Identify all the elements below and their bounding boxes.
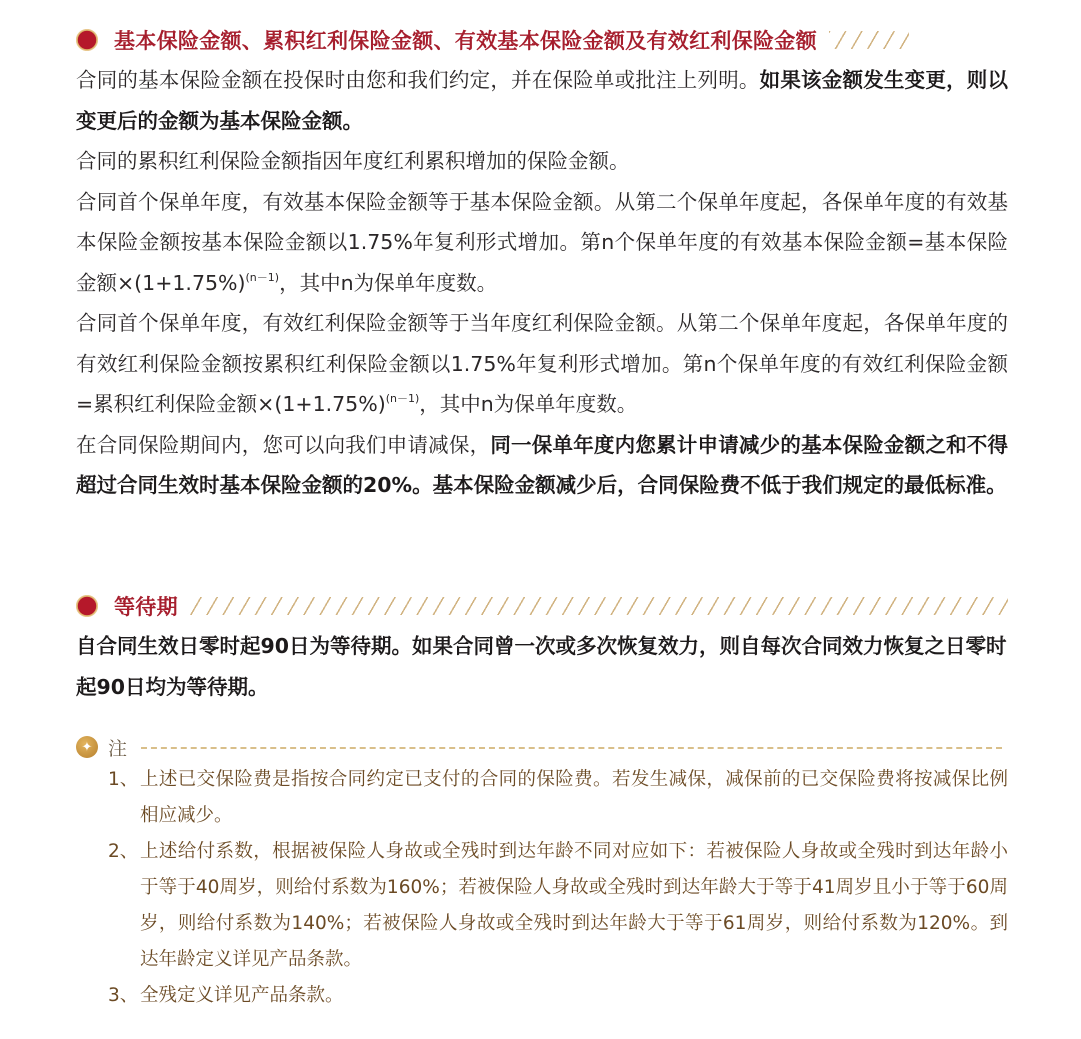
notes-list: 1、 上述已交保险费是指按合同约定已支付的合同的保险费。若发生减保，减保前的已交… xyxy=(76,762,1008,1014)
hatch-decoration xyxy=(829,31,909,49)
red-bullet-icon xyxy=(76,595,98,617)
notes-title: 注 xyxy=(108,734,127,761)
exponent: (n－1) xyxy=(386,392,420,405)
note-item: 2、 上述给付系数，根据被保险人身故或全残时到达年龄不同对应如下：若被保险人身故… xyxy=(76,834,1008,978)
notes-section: ✦ 注 1、 上述已交保险费是指按合同约定已支付的合同的保险费。若发生减保，减保… xyxy=(76,732,1008,1014)
note-text: 上述给付系数，根据被保险人身故或全残时到达年龄不同对应如下：若被保险人身故或全残… xyxy=(140,834,1008,978)
paragraph-text: 在合同保险期间内，您可以向我们申请减保， xyxy=(76,433,490,457)
notes-header: ✦ 注 xyxy=(76,732,1008,762)
paragraph-effective-basic-amount: 合同首个保单年度，有效基本保险金额等于基本保险金额。从第二个保单年度起，各保单年… xyxy=(76,182,1008,304)
paragraph-tail: ，其中n为保单年度数。 xyxy=(279,271,497,295)
paragraph-text: 合同的基本保险金额在投保时由您和我们约定，并在保险单或批注上列明。 xyxy=(76,68,760,92)
paragraph-basic-amount: 合同的基本保险金额在投保时由您和我们约定，并在保险单或批注上列明。如果该金额发生… xyxy=(76,60,1008,141)
paragraph-tail: ，其中n为保单年度数。 xyxy=(419,392,637,416)
section-header: 等待期 xyxy=(76,586,1008,626)
note-number: 3、 xyxy=(108,978,140,1014)
exponent: (n－1) xyxy=(246,271,280,284)
paragraph-effective-bonus-amount: 合同首个保单年度，有效红利保险金额等于当年度红利保险金额。从第二个保单年度起，各… xyxy=(76,303,1008,425)
sparkle-icon: ✦ xyxy=(76,736,98,758)
paragraph-accumulated-bonus: 合同的累积红利保险金额指因年度红利累积增加的保险金额。 xyxy=(76,141,1008,182)
red-bullet-icon xyxy=(76,29,98,51)
note-item: 1、 上述已交保险费是指按合同约定已支付的合同的保险费。若发生减保，减保前的已交… xyxy=(76,762,1008,834)
section-amounts: 基本保险金额、累积红利保险金额、有效基本保险金额及有效红利保险金额 合同的基本保… xyxy=(76,20,1008,506)
dotted-divider xyxy=(141,747,1002,749)
hatch-decoration xyxy=(190,597,1008,615)
paragraph-text: 合同的累积红利保险金额指因年度红利累积增加的保险金额。 xyxy=(76,149,630,173)
note-text: 全残定义详见产品条款。 xyxy=(140,978,1008,1014)
section-title: 基本保险金额、累积红利保险金额、有效基本保险金额及有效红利保险金额 xyxy=(114,25,817,55)
section-waiting-period: 等待期 自合同生效日零时起90日为等待期。如果合同曾一次或多次恢复效力，则自每次… xyxy=(76,586,1008,707)
note-number: 2、 xyxy=(108,834,140,978)
section-title: 等待期 xyxy=(114,591,178,621)
section-header: 基本保险金额、累积红利保险金额、有效基本保险金额及有效红利保险金额 xyxy=(76,20,1008,60)
paragraph-waiting-period: 自合同生效日零时起90日为等待期。如果合同曾一次或多次恢复效力，则自每次合同效力… xyxy=(76,626,1008,707)
note-item: 3、 全残定义详见产品条款。 xyxy=(76,978,1008,1014)
note-number: 1、 xyxy=(108,762,140,834)
paragraph-reduction: 在合同保险期间内，您可以向我们申请减保，同一保单年度内您累计申请减少的基本保险金… xyxy=(76,425,1008,506)
paragraph-text: 合同首个保单年度，有效基本保险金额等于基本保险金额。从第二个保单年度起，各保单年… xyxy=(76,190,1008,295)
note-text: 上述已交保险费是指按合同约定已支付的合同的保险费。若发生减保，减保前的已交保险费… xyxy=(140,762,1008,834)
